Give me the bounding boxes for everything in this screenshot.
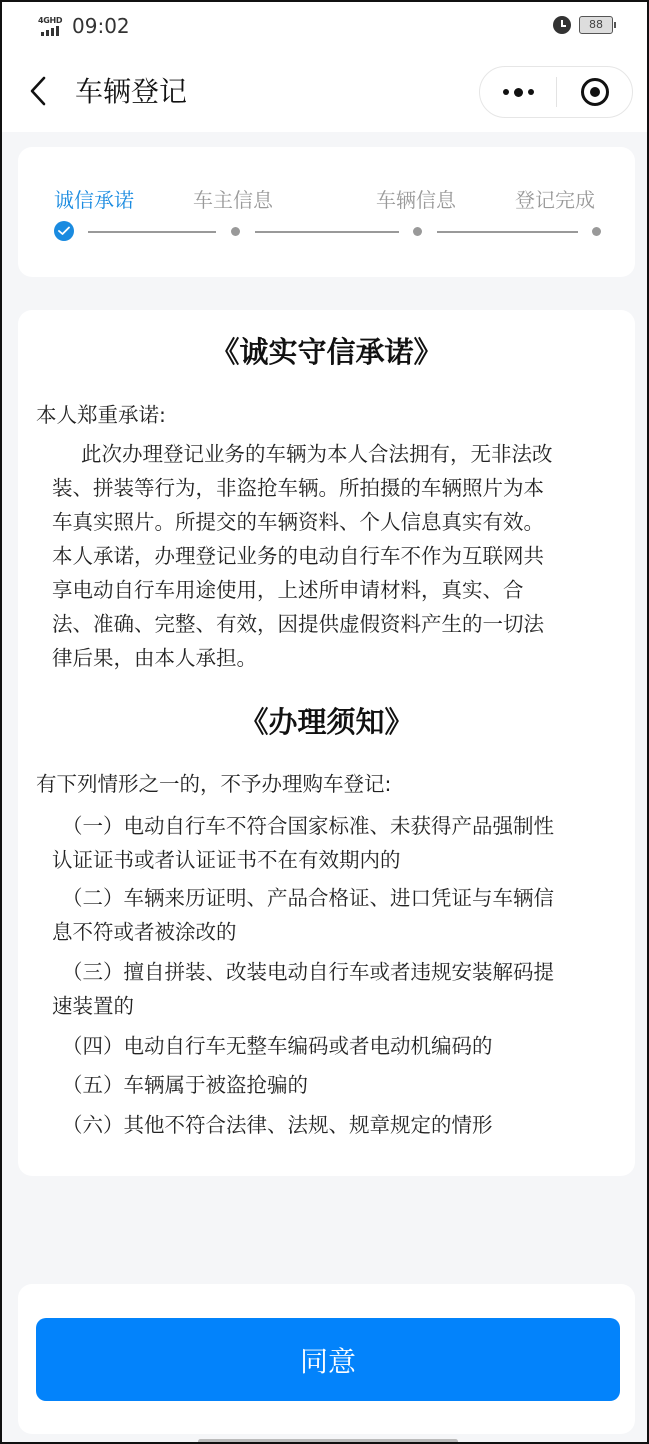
terms-card[interactable]: 《诚实守信承诺》 本人郑重承诺: 此次办理登记业务的车辆为本人合法拥有，无非法改… (18, 310, 635, 1176)
step-connector (255, 231, 399, 233)
progress-steps: 诚信承诺 车主信息 车辆信息 登记完成 (18, 147, 635, 277)
promise-line: 此次办理登记业务的车辆为本人合法拥有，无非法改 (81, 437, 553, 471)
agree-button[interactable]: 同意 (36, 1318, 620, 1401)
step-label-promise: 诚信承诺 (54, 187, 134, 213)
signal-icon: 4GHD (38, 16, 68, 38)
promise-line: 本人承诺，办理登记业务的电动自行车不作为互联网共 (52, 539, 544, 573)
notice-item: （三）擅自拼装、改装电动自行车或者违规安装解码提 (62, 955, 554, 989)
page-title: 车辆登记 (75, 72, 187, 112)
step-dot-icon (231, 227, 240, 236)
step-connector (88, 231, 216, 233)
promise-title: 《诚实守信承诺》 (18, 330, 635, 371)
step-label-vehicle-info: 车辆信息 (376, 187, 456, 213)
home-indicator[interactable] (198, 1439, 458, 1444)
more-icon (503, 89, 509, 95)
battery-icon: 88 (579, 16, 613, 34)
step-connector (437, 231, 578, 233)
miniprogram-capsule (479, 66, 633, 118)
alarm-icon (553, 16, 571, 34)
step-label-complete: 登记完成 (515, 187, 595, 213)
step-dot-icon (592, 227, 601, 236)
notice-title: 《办理须知》 (18, 700, 635, 741)
step-check-icon (54, 221, 74, 241)
status-bar: 4GHD 09:02 88 (2, 2, 647, 52)
promise-line: 律后果，由本人承担。 (52, 641, 257, 675)
notice-item: （二）车辆来历证明、产品合格证、进口凭证与车辆信 (62, 881, 554, 915)
promise-intro: 本人郑重承诺: (36, 398, 166, 432)
notice-item: （六）其他不符合法律、法规、规章规定的情形 (62, 1108, 493, 1142)
chevron-left-icon (26, 74, 56, 108)
promise-line: 车真实照片。所提交的车辆资料、个人信息真实有效。 (52, 505, 544, 539)
notice-item: （五）车辆属于被盗抢骗的 (62, 1068, 308, 1102)
step-label-owner-info: 车主信息 (193, 187, 273, 213)
notice-intro: 有下列情形之一的，不予办理购车登记: (36, 767, 391, 801)
notice-item-cont: 息不符或者被涂改的 (52, 915, 237, 949)
nav-bar: 车辆登记 (2, 52, 647, 132)
footer-bar: 同意 (18, 1284, 635, 1434)
promise-line: 装、拼装等行为，非盗抢车辆。所拍摄的车辆照片为本 (52, 471, 544, 505)
back-button[interactable] (26, 74, 56, 108)
promise-line: 法、准确、完整、有效，因提供虚假资料产生的一切法 (52, 607, 544, 641)
target-icon (581, 78, 609, 106)
more-button[interactable] (480, 67, 556, 117)
notice-item: （一）电动自行车不符合国家标准、未获得产品强制性 (62, 809, 554, 843)
clock: 09:02 (72, 14, 130, 38)
notice-item-cont: 认证证书或者认证证书不在有效期内的 (52, 843, 401, 877)
close-miniprogram-button[interactable] (557, 67, 632, 117)
step-dot-icon (413, 227, 422, 236)
notice-item-cont: 速装置的 (52, 989, 134, 1023)
promise-line: 享电动自行车用途使用，上述所申请材料，真实、合 (52, 573, 524, 607)
notice-item: （四）电动自行车无整车编码或者电动机编码的 (62, 1029, 493, 1063)
network-type: 4GHD (38, 16, 62, 25)
